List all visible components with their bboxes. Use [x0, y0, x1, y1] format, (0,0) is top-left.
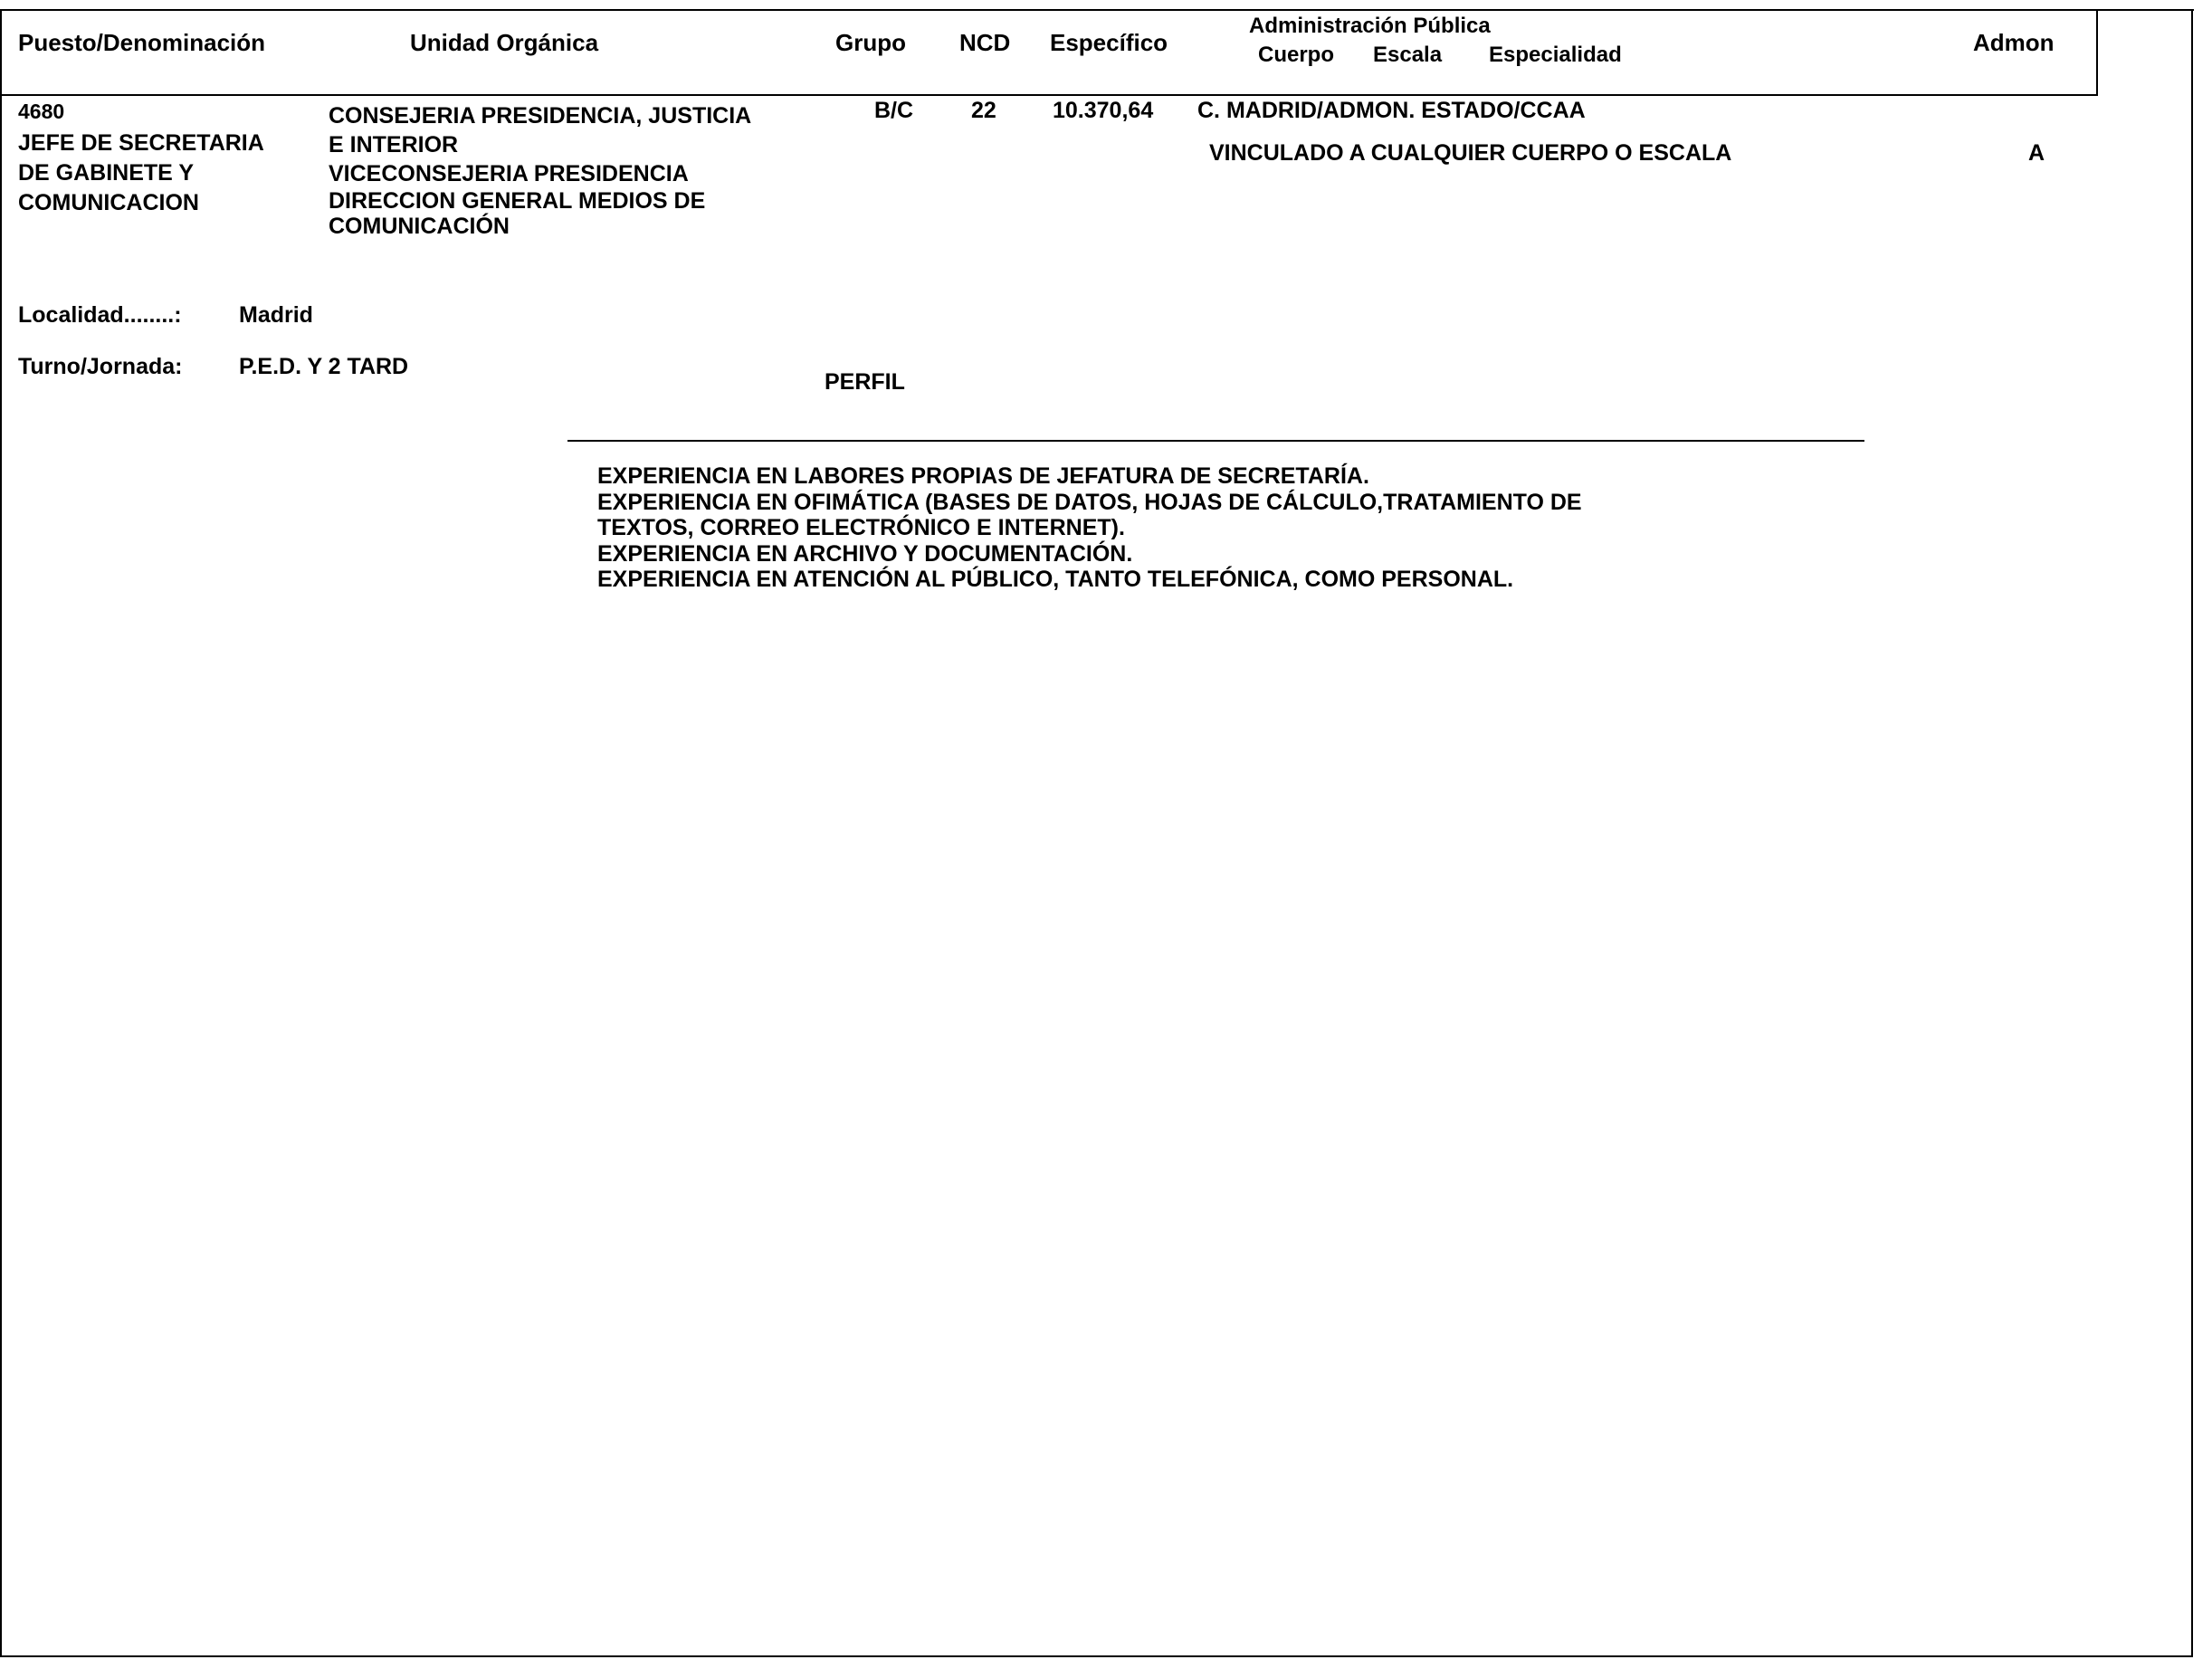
unidad-line: COMUNICACIÓN — [329, 215, 751, 244]
perfil-line: TEXTOS, CORREO ELECTRÓNICO E INTERNET). — [597, 517, 1582, 543]
frame-bottom-border — [0, 1655, 2193, 1657]
denominacion-line: DE GABINETE Y — [18, 162, 264, 192]
record-code: 4680 — [18, 101, 64, 122]
record-grupo: B/C — [874, 100, 913, 122]
frame-left-border — [0, 9, 2, 1656]
unidad-line: E INTERIOR — [329, 134, 751, 163]
localidad-value: Madrid — [239, 304, 313, 327]
perfil-line: EXPERIENCIA EN ARCHIVO Y DOCUMENTACIÓN. — [597, 543, 1582, 569]
record-administracion: C. MADRID/ADMON. ESTADO/CCAA — [1197, 100, 1586, 122]
header-bottom-border — [0, 94, 2098, 96]
perfil-line: EXPERIENCIA EN ATENCIÓN AL PÚBLICO, TANT… — [597, 568, 1582, 595]
denominacion-line: COMUNICACION — [18, 192, 264, 222]
frame-right-border — [2191, 9, 2193, 1656]
header-grupo: Grupo — [835, 31, 906, 54]
header-especifico: Específico — [1050, 31, 1168, 54]
frame-top-border — [0, 9, 2194, 11]
turno-value: P.E.D. Y 2 TARD — [239, 356, 408, 378]
header-especialidad: Especialidad — [1489, 44, 1622, 66]
unidad-line: DIRECCION GENERAL MEDIOS DE — [329, 190, 751, 215]
perfil-title: PERFIL — [825, 371, 905, 394]
denominacion-line: JEFE DE SECRETARIA — [18, 132, 264, 162]
header-admon: Admon — [1973, 31, 2055, 54]
header-escala: Escala — [1373, 44, 1442, 66]
header-cuerpo: Cuerpo — [1258, 44, 1334, 66]
perfil-line: EXPERIENCIA EN LABORES PROPIAS DE JEFATU… — [597, 465, 1582, 491]
unidad-line: CONSEJERIA PRESIDENCIA, JUSTICIA — [329, 105, 751, 134]
localidad-label: Localidad........: — [18, 304, 182, 327]
perfil-line: EXPERIENCIA EN OFIMÁTICA (BASES DE DATOS… — [597, 491, 1582, 518]
unidad-line: VICECONSEJERIA PRESIDENCIA — [329, 163, 751, 190]
header-puesto: Puesto/Denominación — [18, 31, 265, 54]
perfil-divider — [567, 440, 1864, 442]
record-denominacion: JEFE DE SECRETARIA DE GABINETE Y COMUNIC… — [18, 132, 264, 222]
perfil-requirements: EXPERIENCIA EN LABORES PROPIAS DE JEFATU… — [597, 465, 1582, 595]
header-right-border — [2096, 9, 2098, 96]
header-unidad: Unidad Orgánica — [410, 31, 598, 54]
record-cuerpo-escala: VINCULADO A CUALQUIER CUERPO O ESCALA — [1209, 142, 1731, 165]
turno-label: Turno/Jornada: — [18, 356, 182, 378]
record-admon: A — [2028, 142, 2045, 165]
record-especifico: 10.370,64 — [1053, 100, 1153, 122]
header-ncd: NCD — [959, 31, 1010, 54]
header-administracion: Administración Pública — [1249, 15, 1491, 37]
record-unidad-organica: CONSEJERIA PRESIDENCIA, JUSTICIA E INTER… — [329, 105, 751, 244]
record-ncd: 22 — [971, 100, 996, 122]
